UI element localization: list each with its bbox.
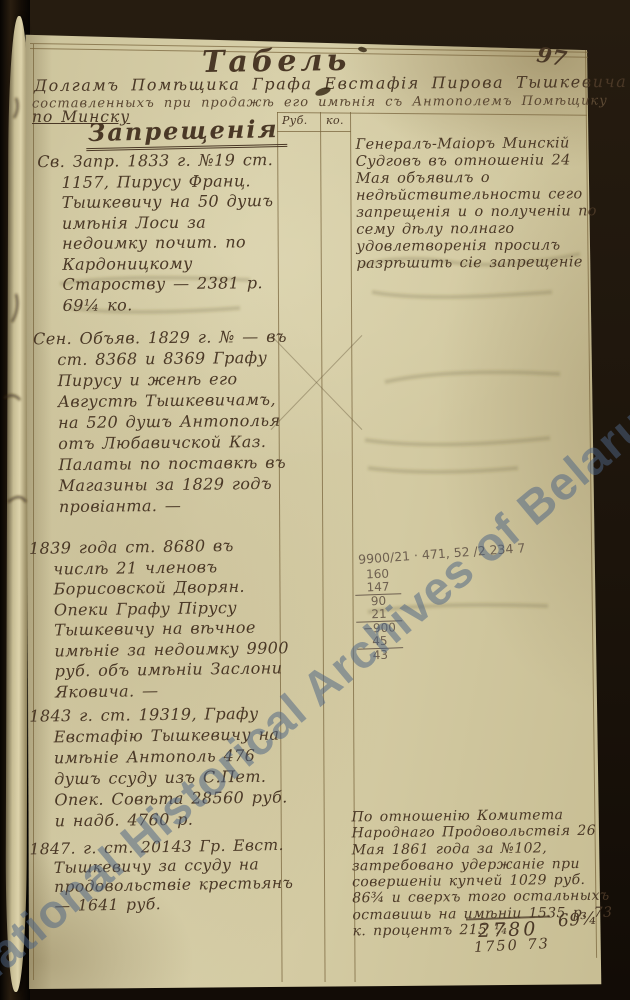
section-heading: Запрещенія [86,114,287,151]
ink-blot [358,46,368,53]
table-column-line-2 [320,112,326,982]
table-header-top-line [277,112,587,116]
entry-1829-announcement: Сен. Объяв. 1829 г. № — въ ст. 8368 и 83… [33,326,299,518]
archival-scan: Табель Долгамъ Помѣщика Графа Евстафія П… [0,0,630,1000]
note-general-major: Генералъ-Маіоръ Минскій Судговъ въ отнош… [356,135,611,273]
total-remainder: 1750 73 [474,936,551,956]
column-header-kopecks: ко. [326,114,344,127]
entry-1833-prohibition: Св. Запр. 1833 г. №19 ст. 1157, Пирусу Ф… [37,150,298,316]
total-sum-kopecks: 69¾ [557,909,598,932]
folio-number: 97 [535,42,569,72]
entry-1839-guardianship: 1839 года ст. 8680 въ числѣ 21 членовъ Б… [29,535,297,703]
subtitle-line-1: Долгамъ Помѣщика Графа Евстафія Пирова Т… [34,72,627,95]
table-header-bottom-line [277,131,351,132]
